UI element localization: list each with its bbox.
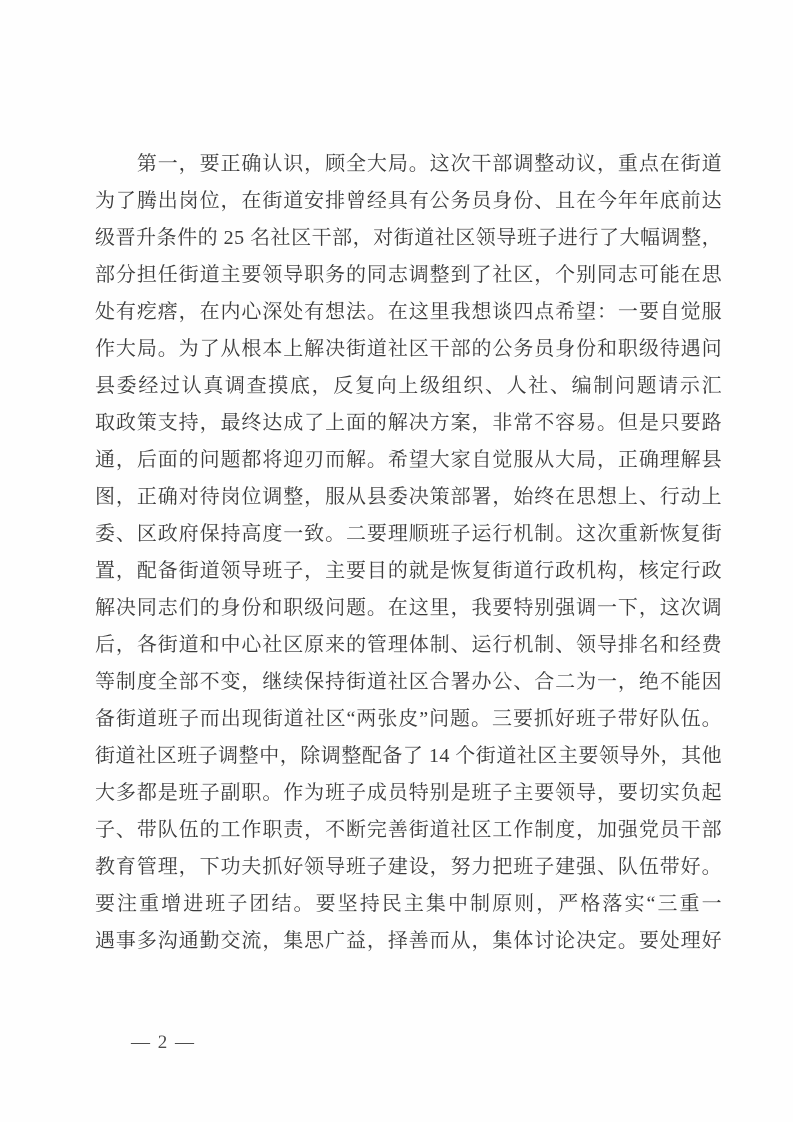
text-line: 街道社区班子调整中，除调整配备了 14 个街道社区主要领导外，其他的 (95, 738, 722, 775)
text-line: 后，各街道和中心社区原来的管理体制、运行机制、领导排名和经费保障 (95, 627, 722, 664)
text-line: 要注重增进班子团结。要坚持民主集中制原则，严格落实“三重一大”制度， (95, 886, 722, 923)
text-line: 等制度全部不变，继续保持街道社区合署办公、合二为一，绝不能因为配 (95, 664, 722, 701)
text-line: 为了腾出岗位，在街道安排曾经具有公务员身份、且在今年年底前达到职 (95, 183, 722, 220)
text-line: 取政策支持，最终达成了上面的解决方案，非常不容易。但是只要路子一 (95, 405, 722, 442)
text-line: 处有疙瘩，在内心深处有想法。在这里我想谈四点希望：一要自觉服从工 (95, 294, 722, 331)
document-page: 第一，要正确认识，顾全大局。这次干部调整动议，重点在街道社区。为了腾出岗位，在街… (0, 0, 793, 1122)
text-line: 备街道班子而出现街道社区“两张皮”问题。三要抓好班子带好队伍。这次 (95, 701, 722, 738)
text-line: 通，后面的问题都将迎刃而解。希望大家自觉服从大局，正确理解县委意 (95, 442, 722, 479)
body-text: 第一，要正确认识，顾全大局。这次干部调整动议，重点在街道社区。为了腾出岗位，在街… (95, 146, 722, 960)
text-line: 作大局。为了从根本上解决街道社区干部的公务员身份和职级待遇问题， (95, 331, 722, 368)
text-line: 子、带队伍的工作职责，不断完善街道社区工作制度，加强党员干部职工 (95, 812, 722, 849)
text-line: 大多都是班子副职。作为班子成员特别是班子主要领导，要切实负起抓班 (95, 775, 722, 812)
text-line: 教育管理，下功夫抓好领导班子建设，努力把班子建强、队伍带好。四是 (95, 849, 722, 886)
text-line: 置，配备街道领导班子，主要目的就是恢复街道行政机构，核定行政编制， (95, 553, 722, 590)
text-line: 遇事多沟通勤交流，集思广益，择善而从，集体讨论决定。要处理好正职 (95, 923, 722, 960)
page-number: — 2 — (131, 1031, 196, 1055)
text-line: 委、区政府保持高度一致。二要理顺班子运行机制。这次重新恢复街道设 (95, 516, 722, 553)
text-line: 级晋升条件的 25 名社区干部，对街道社区领导班子进行了大幅调整，把 (95, 220, 722, 257)
text-line: 第一，要正确认识，顾全大局。这次干部调整动议，重点在街道社区。 (95, 146, 722, 183)
text-line: 县委经过认真调查摸底，反复向上级组织、人社、编制问题请示汇报，争 (95, 368, 722, 405)
text-line: 解决同志们的身份和职级问题。在这里，我要特别强调一下，这次调整之 (95, 590, 722, 627)
text-line: 图，正确对待岗位调整，服从县委决策部署，始终在思想上、行动上与县 (95, 479, 722, 516)
text-line: 部分担任街道主要领导职务的同志调整到了社区，个别同志可能在思想深 (95, 257, 722, 294)
